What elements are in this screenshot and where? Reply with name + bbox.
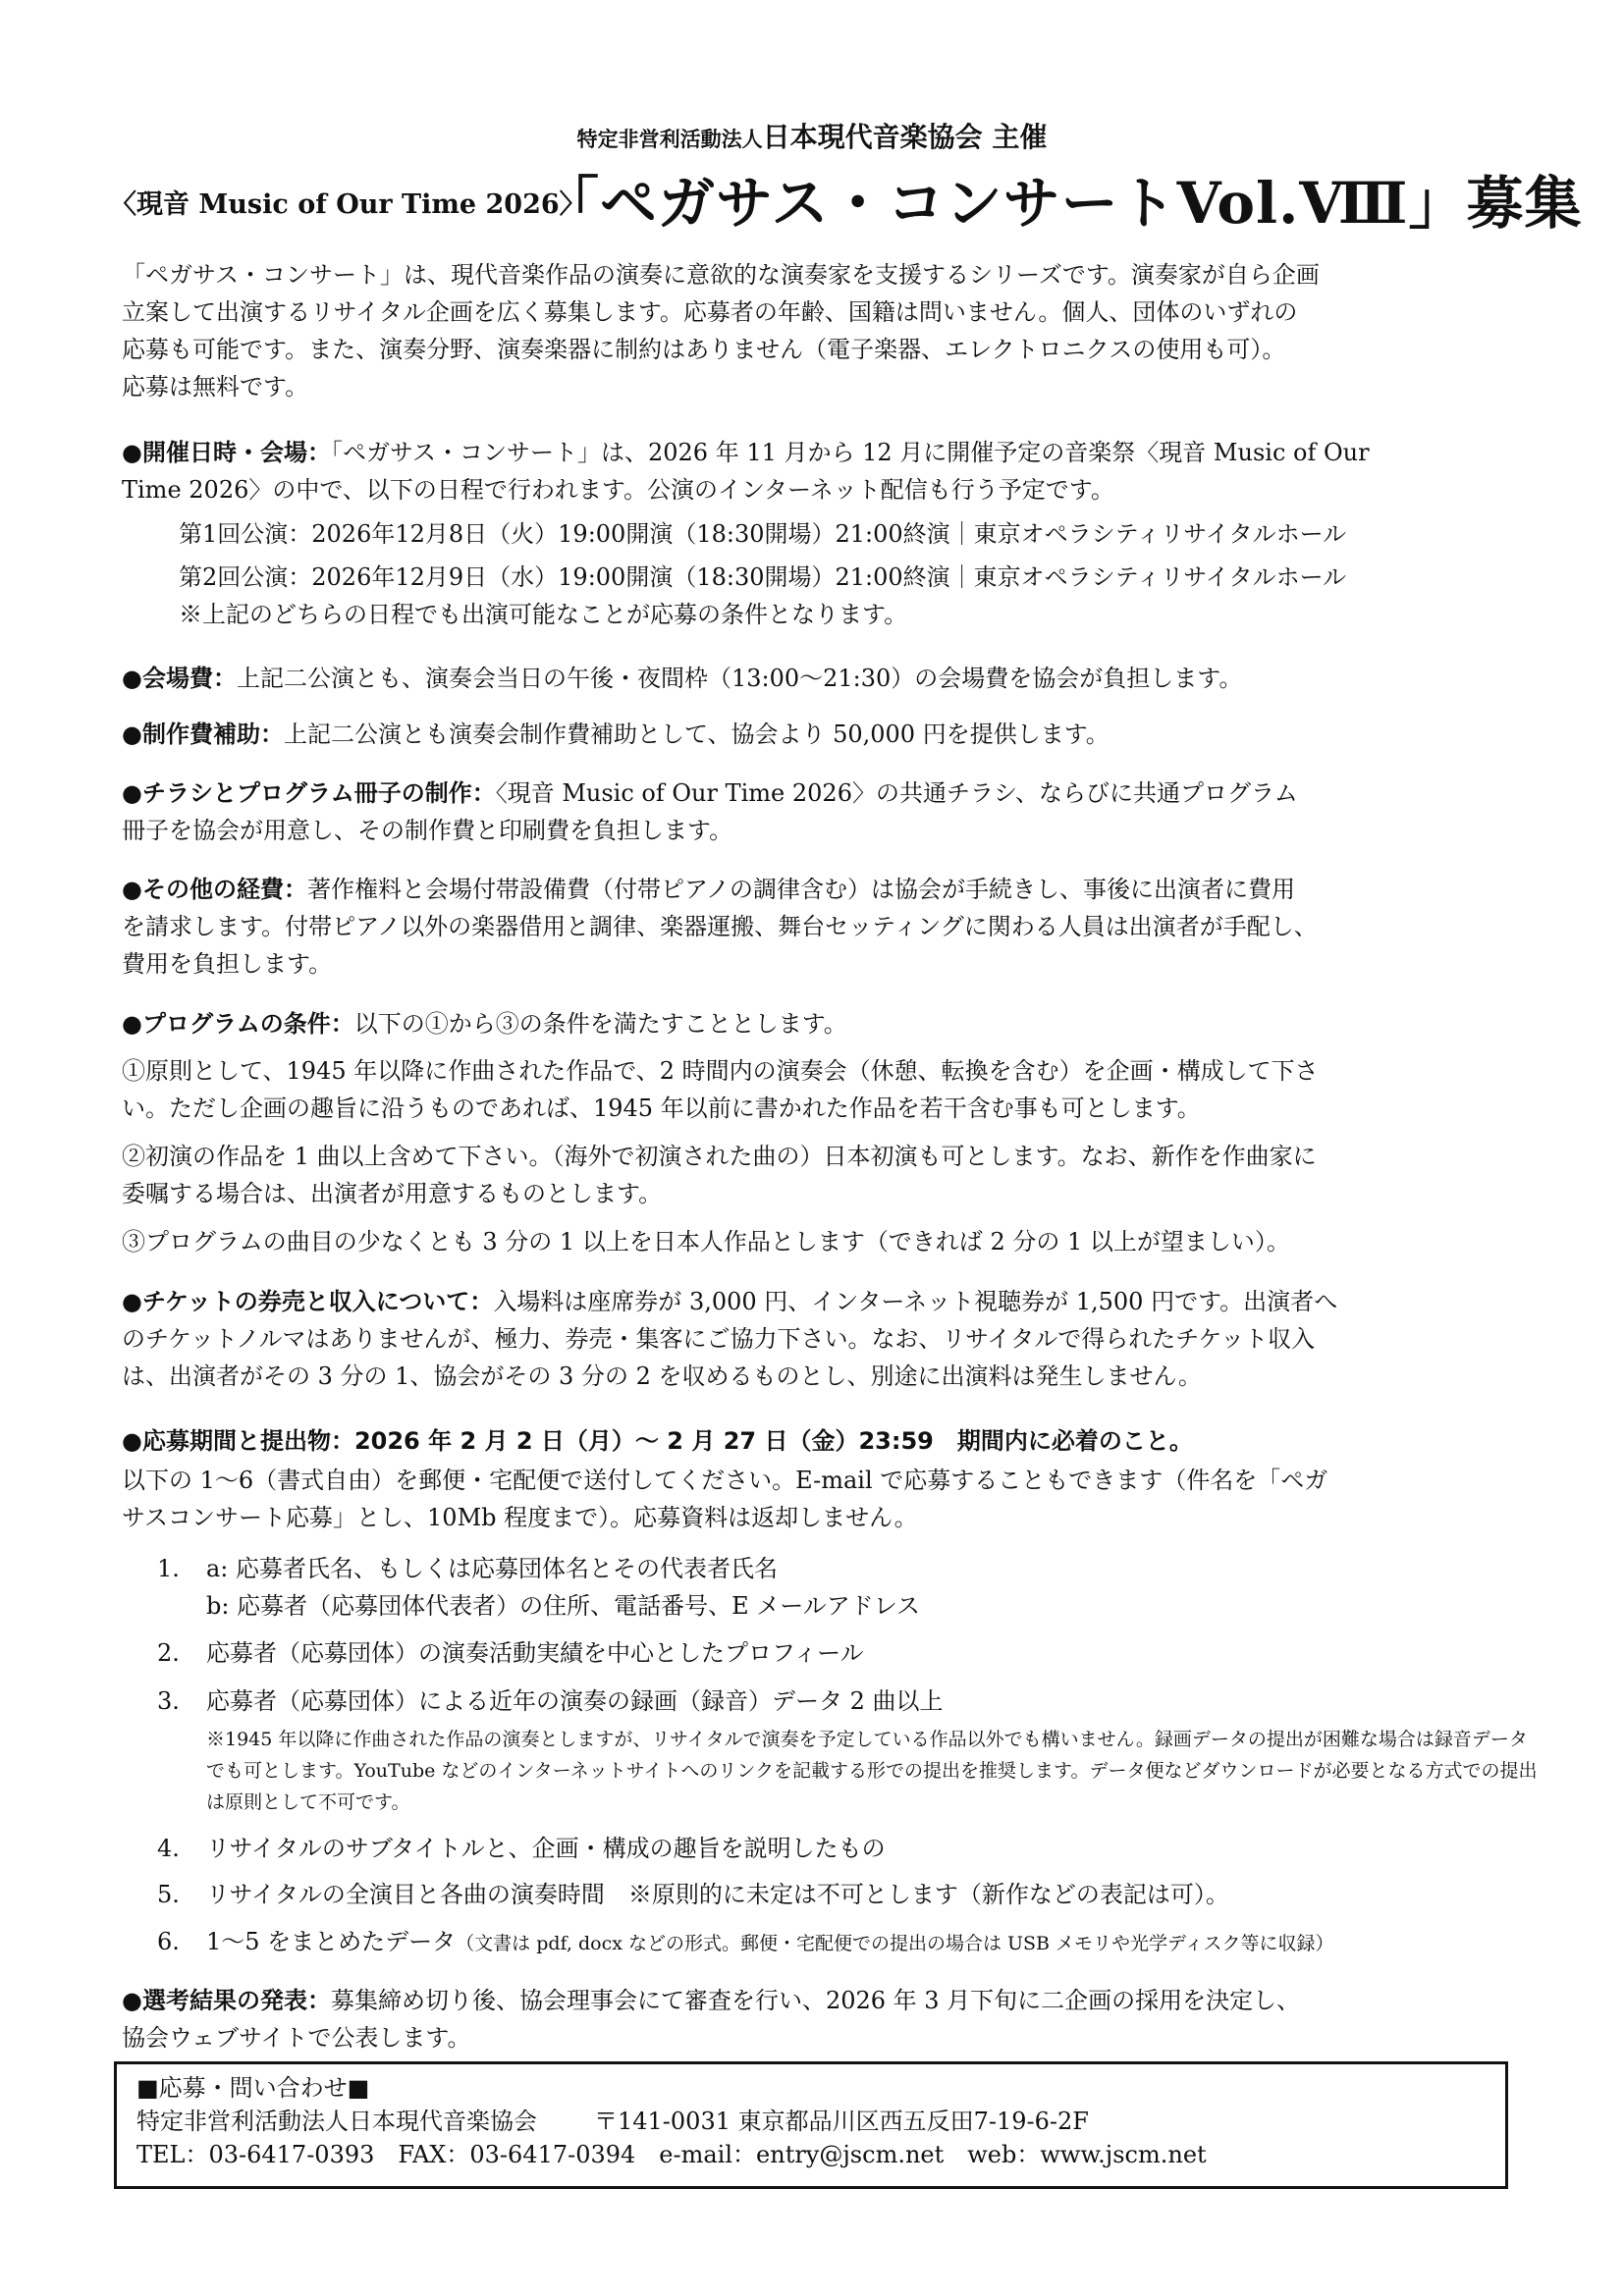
item-4-text: リサイタルのサブタイトルと、企画・構成の趣旨を説明したもの [206, 1831, 886, 1867]
venue-fee-heading: ●会場費： [122, 665, 237, 692]
schedule-line-2: Time 2026〉の中で、以下の日程で行われます。公演のインターネット配信も行… [122, 472, 1536, 508]
other-costs-line-3: 費用を負担します。 [122, 946, 1536, 983]
tickets-text: 入場料は座席券が 3,000 円、インターネット視聴券が 1,500 円です。出… [493, 1288, 1337, 1315]
item-4-number: 4. [157, 1831, 180, 1867]
tickets-line-3: は、出演者がその 3 分の 1、協会がその 3 分の 2 を収めるものとし、別途… [122, 1359, 1536, 1395]
flyer-page: 特定非営利活動法人日本現代音楽協会 主催 〈現音 Music of Our Ti… [0, 0, 1624, 2296]
program-conditions-text: 以下の①から③の条件を満たすこととします。 [354, 1010, 847, 1038]
flyer-section: ●チラシとプログラム冊子の制作：〈現音 Music of Our Time 20… [122, 775, 1536, 812]
intro-line-4: 応募は無料です。 [122, 369, 1536, 405]
contact-org-address: 特定非営利活動法人日本現代音楽協会〒141-0031 東京都品川区西五反田7-1… [136, 2106, 1089, 2137]
contact-org: 特定非営利活動法人日本現代音楽協会 [136, 2108, 537, 2135]
flyer-text: 〈現音 Music of Our Time 2026〉の共通チラシ、ならびに共通… [496, 779, 1298, 807]
item-1-number: 1. [157, 1551, 180, 1587]
item-3-number: 3. [157, 1683, 180, 1720]
condition-1-line-2: い。ただし企画の趣旨に沿うものであれば、1945 年以前に書かれた作品を若干含む… [122, 1091, 1536, 1127]
condition-3-line-1: ③プログラムの曲目の少なくとも 3 分の 1 以上を日本人作品とします（できれば… [122, 1224, 1536, 1260]
tel-label: TEL： [136, 2141, 208, 2168]
intro-line-1: 「ペガサス・コンサート」は、現代音楽作品の演奏に意欲的な演奏家を支援するシリーズ… [122, 257, 1536, 294]
flyer-heading: ●チラシとプログラム冊子の制作： [122, 779, 496, 807]
fax-label: FAX： [398, 2141, 469, 2168]
program-conditions-section: ●プログラムの条件：以下の①から③の条件を満たすこととします。 [122, 1006, 1536, 1042]
performance-2: 第2回公演：2026年12月9日（水）19:00開演（18:30開場）21:00… [179, 560, 1346, 596]
item-2-text: 応募者（応募団体）の演奏活動実績を中心としたプロフィール [206, 1635, 864, 1672]
subsidy-heading: ●制作費補助： [122, 721, 284, 748]
tickets-line-2: のチケットノルマはありませんが、極力、券売・集客にご協力下さい。なお、リサイタル… [122, 1321, 1536, 1358]
email-label: e-mail： [659, 2141, 756, 2168]
application-section: ●応募期間と提出物：2026 年 2 月 2 日（月）〜 2 月 27 日（金）… [122, 1423, 1536, 1460]
item-5-text: リサイタルの全演目と各曲の演奏時間 ※原則的に未定は不可とします（新作などの表記… [206, 1877, 1229, 1913]
email-link[interactable]: entry@jscm.net [756, 2141, 944, 2168]
item-6-text: 1〜5 をまとめたデータ（文書は pdf, docx などの形式。郵便・宅配便で… [206, 1924, 1334, 1962]
venue-fee-text: 上記二公演とも、演奏会当日の午後・夜間枠（13:00〜21:30）の会場費を協会… [237, 665, 1242, 692]
tel-number: 03-6417-0393 [208, 2141, 374, 2168]
results-heading: ●選考結果の発表： [122, 1987, 331, 2014]
subsidy-text: 上記二公演とも演奏会制作費補助として、協会より 50,000 円を提供します。 [284, 721, 1110, 748]
results-section: ●選考結果の発表：募集締め切り後、協会理事会にて審査を行い、2026 年 3 月… [122, 1983, 1536, 2019]
item-2-number: 2. [157, 1635, 180, 1672]
other-costs-section: ●その他の経費：著作権料と会場付帯設備費（付帯ピアノの調律含む）は協会が手続きし… [122, 872, 1536, 908]
page-title: 「ペガサス・コンサートVol.Ⅷ」募集 [542, 157, 1582, 240]
festival-name: 〈現音 Music of Our Time 2026〉 [110, 183, 586, 221]
web-label: web： [967, 2141, 1040, 2168]
contact-box: ■応募・問い合わせ■ 特定非営利活動法人日本現代音楽協会〒141-0031 東京… [114, 2061, 1508, 2189]
item-3-text: 応募者（応募団体）による近年の演奏の録画（録音）データ 2 曲以上 [206, 1683, 944, 1720]
intro-line-3: 応募も可能です。また、演奏分野、演奏楽器に制約はありません（電子楽器、エレクトロ… [122, 332, 1536, 368]
condition-2-line-1: ②初演の作品を 1 曲以上含めて下さい。（海外で初演された曲の）日本初演も可とし… [122, 1139, 1536, 1175]
subsidy-section: ●制作費補助：上記二公演とも演奏会制作費補助として、協会より 50,000 円を… [122, 717, 1536, 753]
sponsor-line: 特定非営利活動法人日本現代音楽協会 主催 [0, 116, 1624, 155]
schedule-note: ※上記のどちらの日程でも出演可能なことが応募の条件となります。 [179, 597, 907, 633]
item-5-number: 5. [157, 1877, 180, 1913]
program-conditions-heading: ●プログラムの条件： [122, 1010, 354, 1038]
web-link[interactable]: www.jscm.net [1040, 2141, 1206, 2168]
other-costs-text: 著作権料と会場付帯設備費（付帯ピアノの調律含む）は協会が手続きし、事後に出演者に… [307, 876, 1295, 903]
schedule-section: ●開催日時・会場：「ペガサス・コンサート」は、2026 年 11 月から 12 … [122, 435, 1536, 471]
intro-line-2: 立案して出演するリサイタル企画を広く募集します。応募者の年齢、国籍は問いません。… [122, 294, 1536, 331]
item-6-number: 6. [157, 1924, 180, 1960]
application-line-1: 以下の 1〜6（書式自由）を郵便・宅配便で送付してください。E-mail で応募… [122, 1463, 1536, 1499]
fax-number: 03-6417-0394 [469, 2141, 635, 2168]
results-line-2: 協会ウェブサイトで公表します。 [122, 2020, 1536, 2056]
item-1-sub: b: 応募者（応募団体代表者）の住所、電話番号、E メールアドレス [206, 1588, 920, 1625]
venue-fee-section: ●会場費：上記二公演とも、演奏会当日の午後・夜間枠（13:00〜21:30）の会… [122, 661, 1536, 697]
other-costs-heading: ●その他の経費： [122, 876, 307, 903]
performance-1: 第1回公演：2026年12月8日（火）19:00開演（18:30開場）21:00… [179, 516, 1346, 553]
contact-address: 〒141-0031 東京都品川区西五反田7-19-6-2F [594, 2108, 1089, 2135]
title-row: 〈現音 Music of Our Time 2026〉 「ペガサス・コンサートV… [0, 155, 1624, 234]
item-1-text: a: 応募者氏名、もしくは応募団体名とその代表者氏名 [206, 1551, 778, 1587]
other-costs-line-2: を請求します。付帯ピアノ以外の楽器借用と調律、楽器運搬、舞台セッティングに関わる… [122, 909, 1536, 945]
application-line-2: サスコンサート応募」とし、10Mb 程度まで）。応募資料は返却しません。 [122, 1500, 1536, 1536]
results-text: 募集締め切り後、協会理事会にて審査を行い、2026 年 3 月下旬に二企画の採用… [331, 1987, 1300, 2014]
sponsor-prefix: 特定非営利活動法人 [577, 127, 763, 151]
contact-details: TEL：03-6417-0393FAX：03-6417-0394e-mail：e… [136, 2139, 1207, 2170]
tickets-heading: ●チケットの券売と収入について： [122, 1288, 493, 1315]
item-6-main: 1〜5 をまとめたデータ [206, 1928, 456, 1955]
flyer-line-2: 冊子を協会が用意し、その制作費と印刷費を負担します。 [122, 813, 1536, 849]
condition-1-line-1: ①原則として、1945 年以降に作曲された作品で、2 時間内の演奏会（休憩、転換… [122, 1053, 1536, 1090]
contact-title: ■応募・問い合わせ■ [136, 2072, 369, 2104]
item-6-small: （文書は pdf, docx などの形式。郵便・宅配便での提出の場合は USB … [456, 1933, 1333, 1954]
condition-2-line-2: 委嘱する場合は、出演者が用意するものとします。 [122, 1176, 1536, 1212]
application-period: 2026 年 2 月 2 日（月）〜 2 月 27 日（金）23:59 期間内に… [354, 1427, 1193, 1455]
sponsor-org: 日本現代音楽協会 主催 [763, 121, 1048, 153]
schedule-text: 「ペガサス・コンサート」は、2026 年 11 月から 12 月に開催予定の音楽… [331, 439, 1370, 466]
tickets-section: ●チケットの券売と収入について：入場料は座席券が 3,000 円、インターネット… [122, 1284, 1536, 1320]
item-3-note: ※1945 年以降に作曲された作品の演奏としますが、リサイタルで演奏を予定してい… [206, 1724, 1542, 1818]
schedule-heading: ●開催日時・会場： [122, 439, 331, 466]
application-heading: ●応募期間と提出物： [122, 1427, 354, 1455]
